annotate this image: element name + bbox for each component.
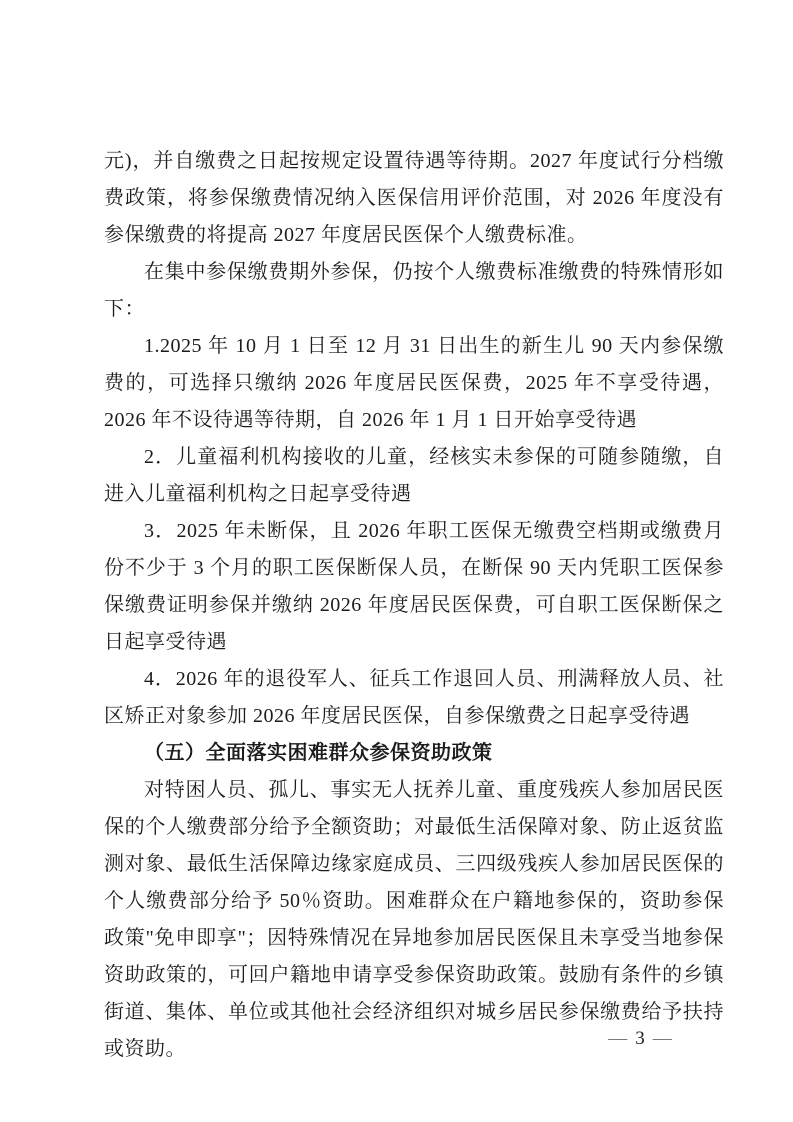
section-heading: （五）全面落实困难群众参保资助政策 [104,735,724,772]
footer-page-number: 3 [635,1028,645,1049]
page-number: —3— [555,1028,725,1050]
paragraph-continuation: 元)，并自缴费之日起按规定设置待遇等待期。2027 年度试行分档缴费政策，将参保… [104,143,724,254]
list-item-3: 3．2025 年未断保，且 2026 年职工医保无缴费空档期或缴费月份不少于 3… [104,513,724,661]
paragraph-intro: 在集中参保缴费期外参保，仍按个人缴费标准缴费的特殊情形如下： [104,254,724,328]
list-item-4: 4．2026 年的退役军人、征兵工作退回人员、刑满释放人员、社区矫正对象参加 2… [104,661,724,735]
document-body: 元)，并自缴费之日起按规定设置待遇等待期。2027 年度试行分档缴费政策，将参保… [104,143,724,1068]
document-page: 元)，并自缴费之日起按规定设置待遇等待期。2027 年度试行分档缴费政策，将参保… [0,0,793,1122]
footer-dash-right: — [645,1028,680,1049]
list-item-1: 1.2025 年 10 月 1 日至 12 月 31 日出生的新生儿 90 天内… [104,328,724,439]
footer-dash-left: — [600,1028,635,1049]
paragraph-assistance-policy: 对特困人员、孤儿、事实无人抚养儿童、重度残疾人参加居民医保的个人缴费部分给予全额… [104,772,724,1068]
list-item-2: 2．儿童福利机构接收的儿童，经核实未参保的可随参随缴，自进入儿童福利机构之日起享… [104,439,724,513]
